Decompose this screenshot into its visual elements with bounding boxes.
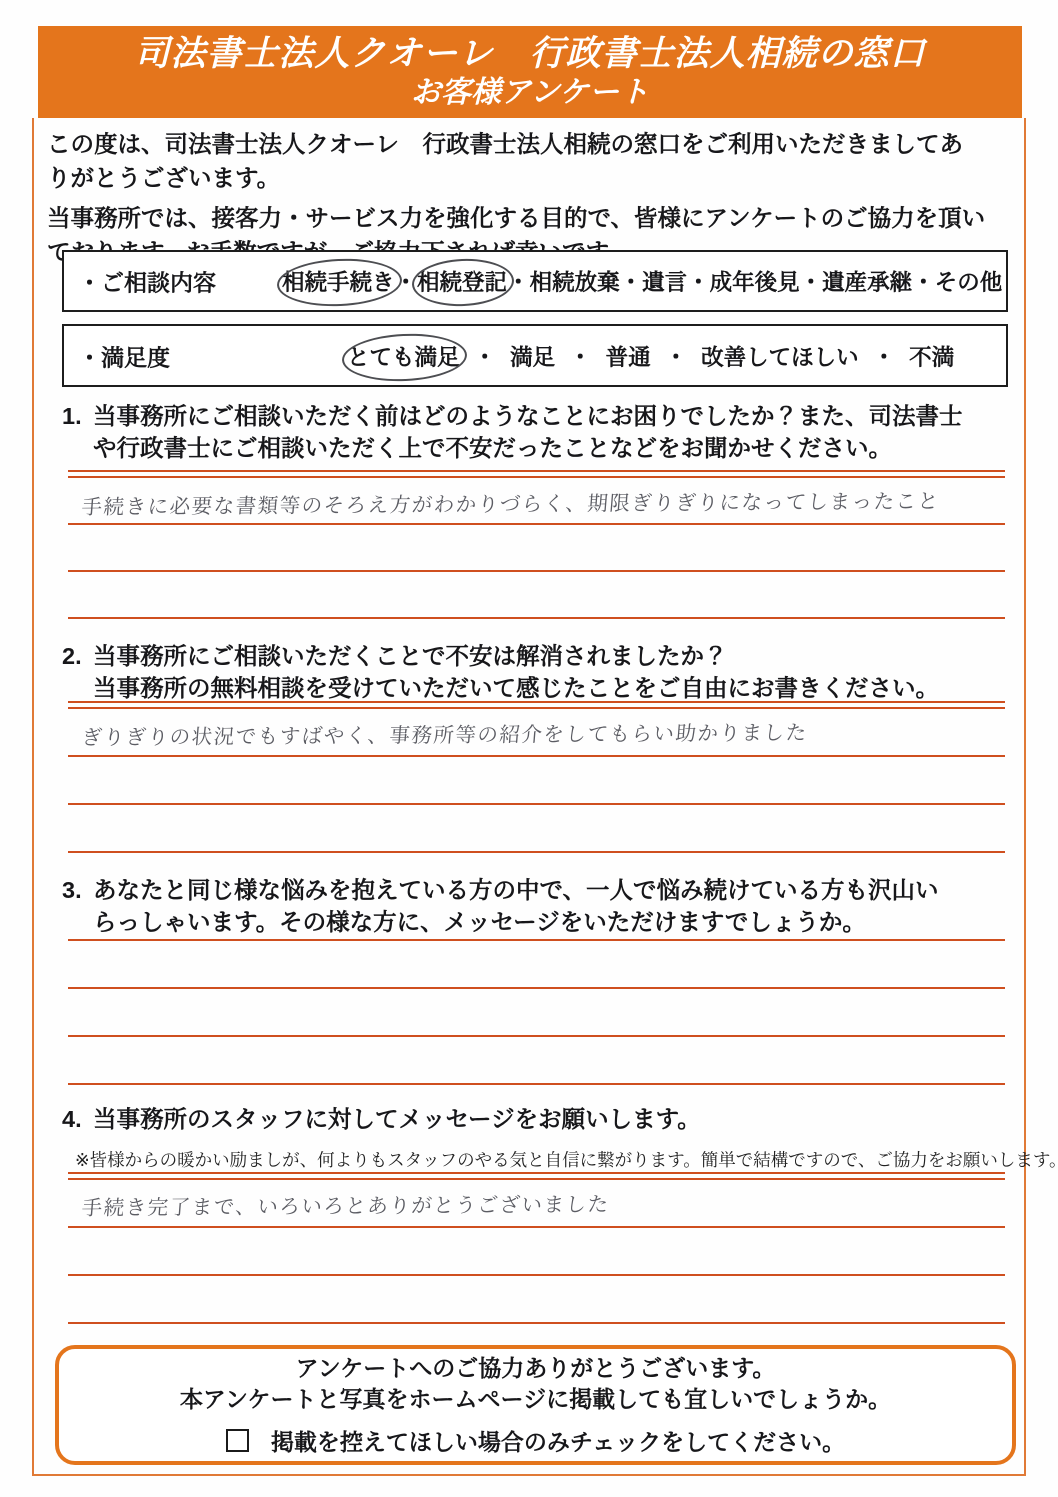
- thanks-line-1: アンケートへのご協力ありがとうございます。: [296, 1353, 776, 1384]
- intro-line: 当事務所では、接客力・サービス力を強化する目的で、皆様にアンケートのご協力を頂い: [47, 201, 1012, 235]
- question-1: 1. 当事務所にご相談いただく前はどのようなことにお困りでしたか？また、司法書士…: [62, 400, 1007, 464]
- ruled-line-double: [68, 470, 1005, 478]
- intro-line: りがとうございます。: [47, 161, 1012, 195]
- answer-row: [68, 572, 1005, 619]
- question-2: 2. 当事務所にご相談いただくことで不安は解消されましたか？ 当事務所の無料相談…: [62, 640, 1007, 704]
- survey-title: お客様アンケート: [411, 75, 649, 111]
- question-text: 当事務所にご相談いただく前はどのようなことにお困りでしたか？また、司法書士: [93, 400, 1007, 432]
- question-text: 当事務所のスタッフに対してメッセージをお願いします。: [93, 1103, 1007, 1135]
- answer-row: ぎりぎりの状況でもすばやく、事務所等の紹介をしてもらい助かりました: [68, 709, 1005, 757]
- answer-row: 手続き完了まで、いろいろとありがとうございました: [68, 1180, 1005, 1228]
- satisfaction-options: とても満足・満足・普通・改善してほしい・不満: [347, 340, 954, 372]
- question-text: 当事務所にご相談いただくことで不安は解消されましたか？: [93, 640, 1007, 672]
- satisfaction-option: 改善してほしい: [701, 340, 859, 372]
- handwritten-answer-2: ぎりぎりの状況でもすばやく、事務所等の紹介をしてもらい助かりました: [81, 715, 809, 750]
- answer-area-3: [68, 939, 1005, 1085]
- question-4: 4. 当事務所のスタッフに対してメッセージをお願いします。: [62, 1103, 1007, 1135]
- option-separator: ・: [620, 265, 643, 297]
- answer-row: [68, 989, 1005, 1037]
- question-text: や行政書士にご相談いただく上で不安だったことなどをお聞かせください。: [93, 432, 1007, 464]
- answer-row: [68, 1228, 1005, 1276]
- answer-row: 手続きに必要な書類等のそろえ方がわかりづらく、期限ぎりぎりになってしまったこと: [68, 478, 1005, 525]
- satisfaction-option: とても満足: [347, 340, 460, 372]
- option-separator: ・: [873, 340, 896, 372]
- answer-row: [68, 525, 1005, 572]
- consultation-option: その他: [935, 265, 1003, 297]
- thanks-box: アンケートへのご協力ありがとうございます。 本アンケートと写真をホームページに掲…: [55, 1345, 1016, 1465]
- answer-row: [68, 805, 1005, 853]
- answer-area-4: 手続き完了まで、いろいろとありがとうございました: [68, 1172, 1005, 1324]
- answer-row: [68, 1037, 1005, 1085]
- consultation-option: 遺産承継: [822, 265, 912, 297]
- question-number: 4.: [62, 1103, 82, 1135]
- option-separator: ・: [687, 265, 710, 297]
- satisfaction-label: ・満足度: [78, 339, 170, 372]
- consultation-label: ・ご相談内容: [78, 265, 216, 298]
- option-separator: ・: [474, 340, 497, 372]
- consultation-option: 相続手続き: [282, 265, 395, 297]
- question-number: 1.: [62, 400, 82, 432]
- checkbox-label: 掲載を控えてほしい場合のみチェックをしてください。: [271, 1424, 845, 1457]
- ruled-line-double: [68, 701, 1005, 709]
- consultation-option: 成年後見: [710, 265, 800, 297]
- header-bar: 司法書士法人クオーレ 行政書士法人相続の窓口 お客様アンケート: [38, 26, 1022, 118]
- satisfaction-option: 満足: [510, 340, 555, 372]
- question-text: 当事務所の無料相談を受けていただいて感じたことをご自由にお書きください。: [93, 672, 1007, 704]
- satisfaction-option: 普通: [606, 340, 651, 372]
- intro-line: この度は、司法書士法人クオーレ 行政書士法人相続の窓口をご利用いただきましてあ: [47, 127, 1012, 161]
- office-name-title: 司法書士法人クオーレ 行政書士法人相続の窓口: [134, 33, 925, 75]
- consent-row: 掲載を控えてほしい場合のみチェックをしてください。: [226, 1424, 845, 1457]
- question-number: 3.: [62, 874, 82, 906]
- satisfaction-box: ・満足度 とても満足・満足・普通・改善してほしい・不満: [62, 324, 1008, 387]
- consultation-box: ・ご相談内容 相続手続き・相続登記・相続放棄・遺言・成年後見・遺産承継・その他: [62, 250, 1008, 312]
- answer-area-1: 手続きに必要な書類等のそろえ方がわかりづらく、期限ぎりぎりになってしまったこと: [68, 470, 1005, 619]
- handwritten-answer-4: 手続き完了まで、いろいろとありがとうございました: [81, 1187, 611, 1221]
- answer-row: [68, 941, 1005, 989]
- handwritten-answer-1: 手続きに必要な書類等のそろえ方がわかりづらく、期限ぎりぎりになってしまったこと: [81, 484, 942, 520]
- ruled-line-double: [68, 1172, 1005, 1180]
- consultation-option: 相続登記: [417, 265, 507, 297]
- question-text: あなたと同じ様な悩みを抱えている方の中で、一人で悩み続けている方も沢山い: [93, 874, 1007, 906]
- intro-paragraph-1: この度は、司法書士法人クオーレ 行政書士法人相続の窓口をご利用いただきましてあ …: [47, 127, 1012, 195]
- question-3: 3. あなたと同じ様な悩みを抱えている方の中で、一人で悩み続けている方も沢山い …: [62, 874, 1007, 938]
- question-text: らっしゃいます。その様な方に、メッセージをいただけますでしょうか。: [93, 906, 1007, 938]
- option-separator: ・: [800, 265, 823, 297]
- option-separator: ・: [665, 340, 688, 372]
- satisfaction-option: 不満: [909, 340, 954, 372]
- consultation-options: 相続手続き・相続登記・相続放棄・遺言・成年後見・遺産承継・その他: [282, 265, 1002, 297]
- option-separator: ・: [569, 340, 592, 372]
- answer-area-2: ぎりぎりの状況でもすばやく、事務所等の紹介をしてもらい助かりました: [68, 701, 1005, 853]
- thanks-line-2: 本アンケートと写真をホームページに掲載しても宜しいでしょうか。: [180, 1384, 891, 1415]
- question-number: 2.: [62, 640, 82, 672]
- intro-text: この度は、司法書士法人クオーレ 行政書士法人相続の窓口をご利用いただきましてあ …: [47, 127, 1012, 269]
- option-separator: ・: [912, 265, 935, 297]
- consultation-option: 相続放棄: [530, 265, 620, 297]
- answer-row: [68, 757, 1005, 805]
- survey-page: 司法書士法人クオーレ 行政書士法人相続の窓口 お客様アンケート この度は、司法書…: [0, 0, 1058, 1497]
- answer-row: [68, 1276, 1005, 1324]
- publication-optout-checkbox[interactable]: [226, 1429, 249, 1452]
- consultation-option: 遺言: [642, 265, 687, 297]
- question-4-note: ※皆様からの暖かい励ましが、何よりもスタッフのやる気と自信に繋がります。簡単で結…: [75, 1147, 1005, 1172]
